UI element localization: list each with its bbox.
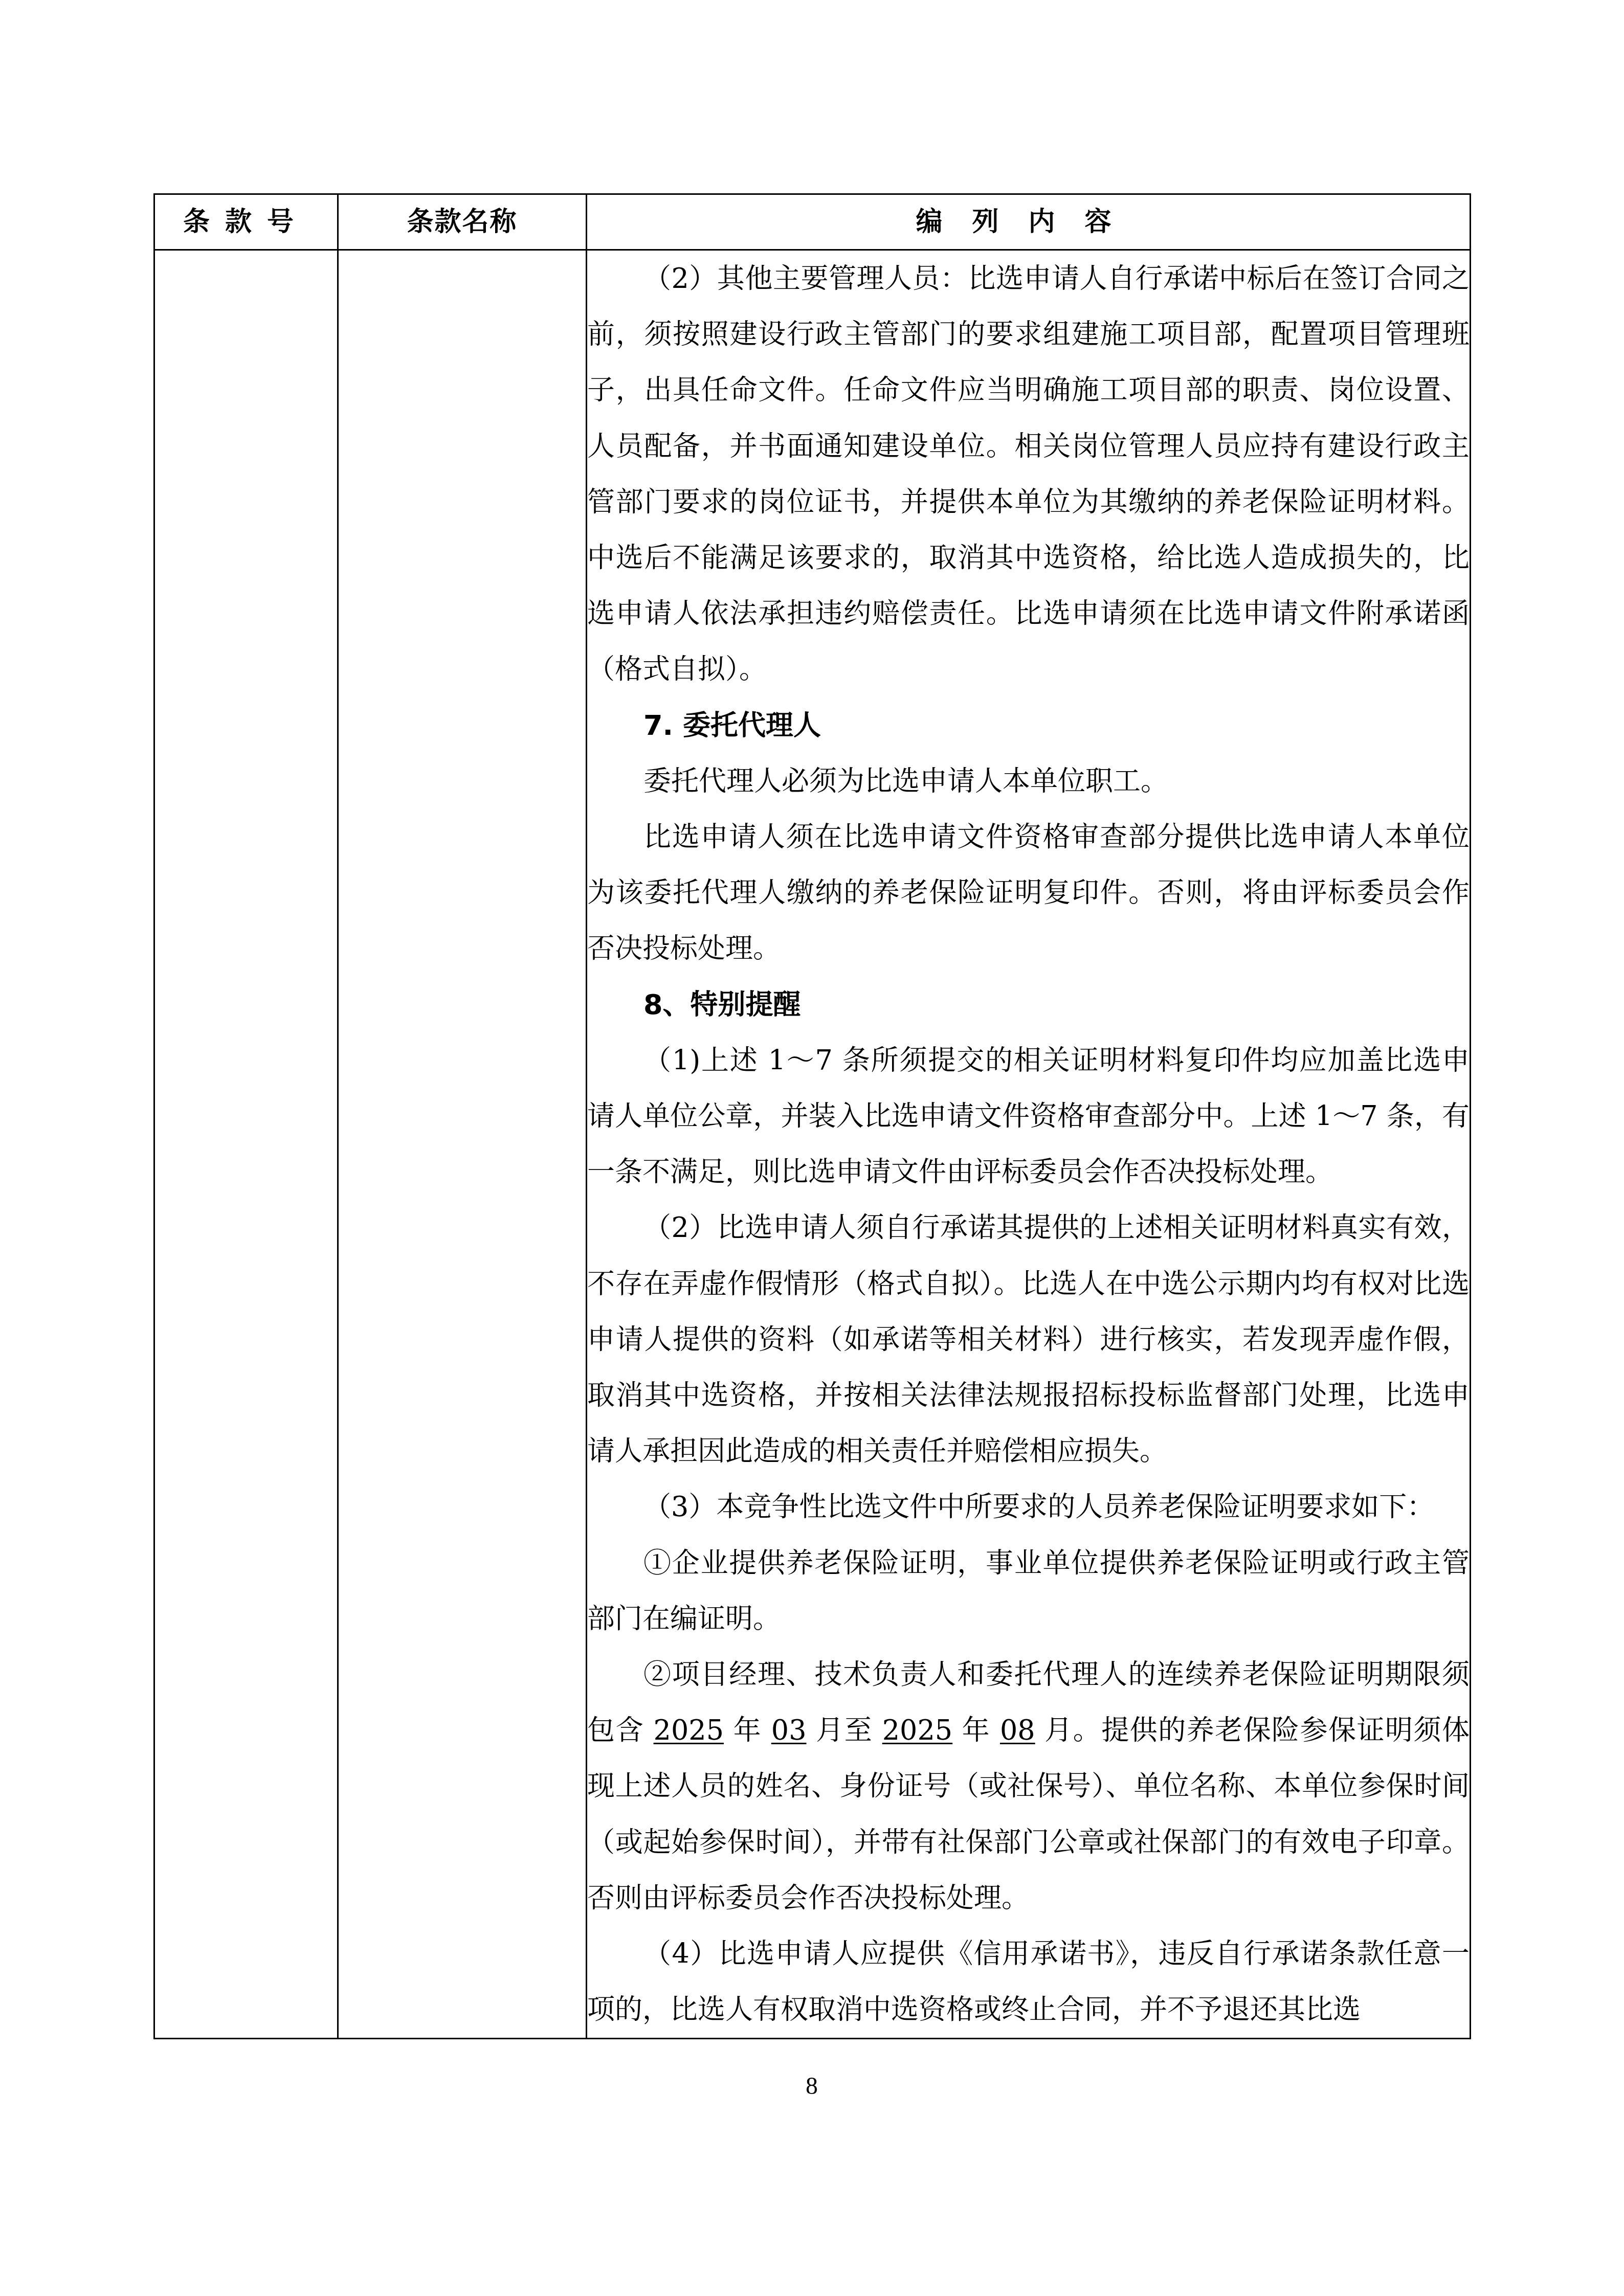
end-year-field: 2025 xyxy=(882,1714,952,1746)
paragraph-agent-employee: 委托代理人必须为比选申请人本单位职工。 xyxy=(587,753,1470,809)
table-row: （2）其他主要管理人员：比选申请人自行承诺中标后在签订合同之前，须按照建设行政主… xyxy=(154,250,1471,2039)
end-month-field: 08 xyxy=(1000,1714,1035,1746)
clause-table: 条款号 条款名称 编列内容 （2）其他主要管理人员：比选申请人自行承诺中标后在签… xyxy=(153,193,1471,2039)
table-header-row: 条款号 条款名称 编列内容 xyxy=(154,194,1471,250)
start-month-field: 03 xyxy=(771,1714,807,1746)
paragraph-agent-insurance: 比选申请人须在比选申请文件资格审查部分提供比选申请人本单位为该委托代理人缴纳的养… xyxy=(587,809,1470,977)
paragraph-notice-3-item-1: ①企业提供养老保险证明，事业单位提供养老保险证明或行政主管部门在编证明。 xyxy=(587,1535,1470,1647)
header-clause-name: 条款名称 xyxy=(338,194,587,250)
year-label-2: 年 xyxy=(952,1714,1000,1746)
clause-no-cell xyxy=(154,250,338,2039)
paragraph-notice-4: （4）比选申请人应提供《信用承诺书》，违反自行承诺条款任意一项的，比选人有权取消… xyxy=(587,1926,1470,2037)
paragraph-notice-1: （1)上述 1～7 条所须提交的相关证明材料复印件均应加盖比选申请人单位公章，并… xyxy=(587,1032,1470,1200)
document-page: 条款号 条款名称 编列内容 （2）其他主要管理人员：比选申请人自行承诺中标后在签… xyxy=(0,0,1624,2296)
clause-name-cell xyxy=(338,250,587,2039)
header-content: 编列内容 xyxy=(587,194,1471,250)
paragraph-notice-2: （2）比选申请人须自行承诺其提供的上述相关证明材料真实有效，不存在弄虚作假情形（… xyxy=(587,1200,1470,1479)
section-heading-agent: 7. 委托代理人 xyxy=(587,697,1470,753)
start-year-field: 2025 xyxy=(654,1714,724,1746)
page-number: 8 xyxy=(786,2071,837,2102)
content-body: （2）其他主要管理人员：比选申请人自行承诺中标后在签订合同之前，须按照建设行政主… xyxy=(587,251,1470,2038)
header-clause-no: 条款号 xyxy=(154,194,338,250)
month-to-label: 月至 xyxy=(807,1714,882,1746)
paragraph-notice-3: （3）本竞争性比选文件中所要求的人员养老保险证明要求如下： xyxy=(587,1479,1470,1535)
section-heading-special-notice: 8、特别提醒 xyxy=(587,977,1470,1032)
year-label-1: 年 xyxy=(724,1714,771,1746)
paragraph-notice-3-item-2: ②项目经理、技术负责人和委托代理人的连续养老保险证明期限须包含 2025 年 0… xyxy=(587,1647,1470,1926)
paragraph-other-managers: （2）其他主要管理人员：比选申请人自行承诺中标后在签订合同之前，须按照建设行政主… xyxy=(587,251,1470,697)
content-cell: （2）其他主要管理人员：比选申请人自行承诺中标后在签订合同之前，须按照建设行政主… xyxy=(587,250,1471,2039)
